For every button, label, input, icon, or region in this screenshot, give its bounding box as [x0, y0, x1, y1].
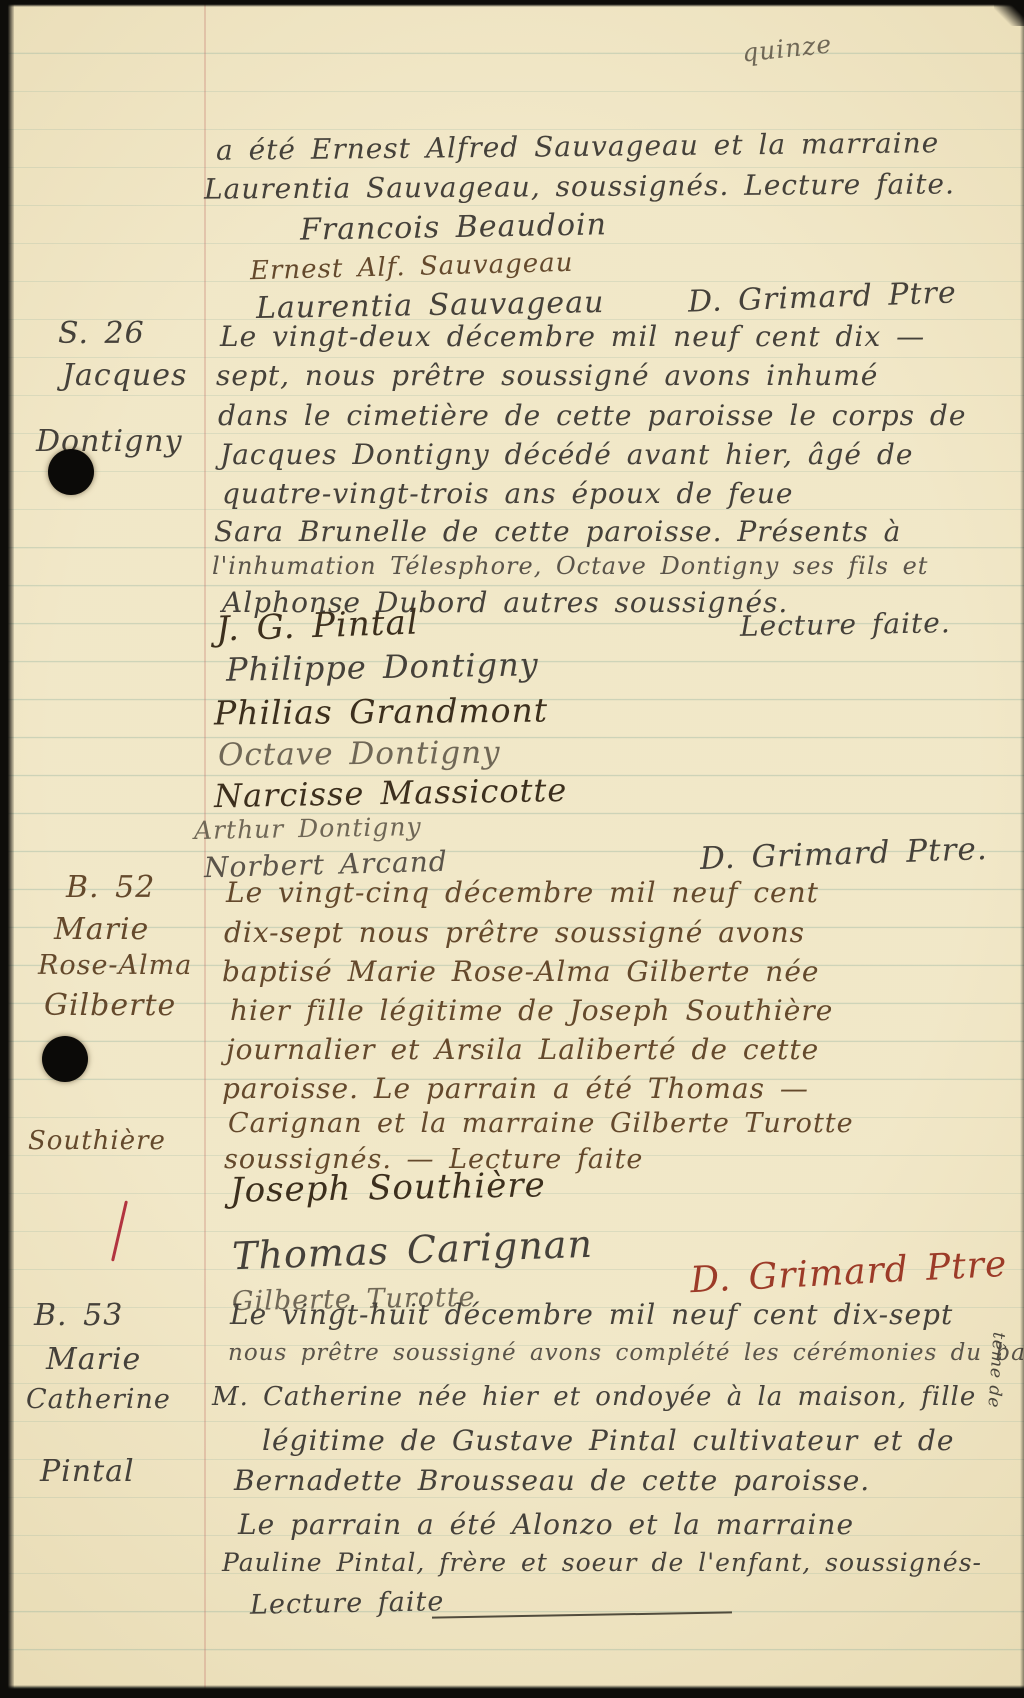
signature: Philippe Dontigny: [226, 645, 539, 688]
scan-corner-top-right: [994, 0, 1024, 26]
record-line: Laurentia Sauvageau, soussignés. Lecture…: [204, 167, 955, 205]
record-line: journalier et Arsila Laliberté de cette: [226, 1033, 819, 1066]
record-line: Bernadette Brousseau de cette paroisse.: [234, 1464, 870, 1497]
record-line: dix-sept nous prêtre soussigné avons: [224, 916, 805, 949]
signature: Thomas Carignan: [231, 1222, 593, 1279]
hole-punch: [42, 1036, 88, 1082]
record-line: légitime de Gustave Pintal cultivateur e…: [262, 1424, 954, 1457]
priest-signature: D. Grimard Ptre.: [699, 831, 988, 877]
record-line: Sara Brunelle de cette paroisse. Présent…: [214, 515, 901, 548]
signature: Narcisse Massicotte: [214, 771, 568, 815]
priest-signature: D. Grimard Ptre: [689, 1244, 1008, 1302]
signature: Octave Dontigny: [218, 735, 501, 773]
record-line: Jacques Dontigny décédé avant hier, âgé …: [220, 438, 913, 471]
record-line: Le parrain a été Alonzo et la marraine: [238, 1508, 854, 1541]
red-check-mark: [111, 1200, 128, 1261]
record-line: M. Catherine née hier et ondoyée à la ma…: [212, 1382, 976, 1412]
closing-dash-stroke: [432, 1611, 732, 1618]
page-number-word: quinze: [741, 29, 834, 67]
record-line: baptisé Marie Rose-Alma Gilberte née: [222, 955, 819, 988]
entry-margin-code: S. 26: [58, 316, 145, 351]
scan-edge-bottom: [0, 1685, 1024, 1698]
entry-margin-name: Pintal: [40, 1454, 135, 1489]
signature: Joseph Southière: [230, 1165, 546, 1211]
entry-margin-name: Marie: [46, 1342, 141, 1377]
register-page: quinze a été Ernest Alfred Sauvageau et …: [0, 0, 1024, 1698]
entry-margin-name: Marie: [54, 912, 149, 947]
scan-edge-top: [0, 0, 1024, 7]
entry-margin-name: Jacques: [62, 358, 187, 393]
entry-margin-code: B. 53: [34, 1298, 123, 1333]
hole-punch: [48, 449, 94, 495]
record-line: quatre-vingt-trois ans époux de feue: [222, 477, 793, 510]
entry-margin-name: Rose-Alma: [38, 950, 192, 981]
record-line: Le vingt-deux décembre mil neuf cent dix…: [220, 320, 925, 353]
entry-margin-name: Southière: [28, 1126, 166, 1156]
signature: Arthur Dontigny: [194, 812, 422, 845]
record-line: dans le cimetière de cette paroisse le c…: [218, 399, 966, 432]
record-line: l'inhumation Télesphore, Octave Dontigny…: [212, 552, 928, 580]
signature: Philias Grandmont: [214, 691, 548, 733]
record-line: Le vingt-huit décembre mil neuf cent dix…: [230, 1298, 953, 1331]
scan-edge-left: [0, 0, 14, 1698]
margin-rule-line: [204, 0, 206, 1698]
entry-margin-name: Gilberte: [44, 988, 176, 1023]
scan-edge-right: [1020, 0, 1024, 1698]
record-line: a été Ernest Alfred Sauvageau et la marr…: [216, 126, 940, 167]
closing-formula: Lecture faite.: [740, 606, 951, 643]
entry-margin-code: B. 52: [66, 870, 155, 905]
record-line: sept, nous prêtre soussigné avons inhumé: [216, 359, 878, 392]
priest-signature: D. Grimard Ptre: [687, 275, 957, 319]
record-line: hier fille légitime de Joseph Southière: [230, 994, 833, 1027]
record-line: Le vingt-cinq décembre mil neuf cent: [226, 876, 819, 909]
record-line: Pauline Pintal, frère et soeur de l'enfa…: [222, 1548, 982, 1577]
record-line: paroisse. Le parrain a été Thomas —: [222, 1072, 809, 1105]
closing-formula: Lecture faite: [250, 1586, 445, 1620]
record-line: Carignan et la marraine Gilberte Turotte: [228, 1108, 854, 1139]
signature: Francois Beaudoin: [300, 207, 608, 247]
vertical-margin-note: tême de: [983, 1331, 1008, 1409]
signature: Ernest Alf. Sauvageau: [250, 248, 574, 286]
entry-margin-name: Catherine: [26, 1384, 171, 1415]
record-line: nous prêtre soussigné avons complété les…: [228, 1340, 1024, 1366]
signature: J. G. Pintal: [215, 602, 419, 649]
